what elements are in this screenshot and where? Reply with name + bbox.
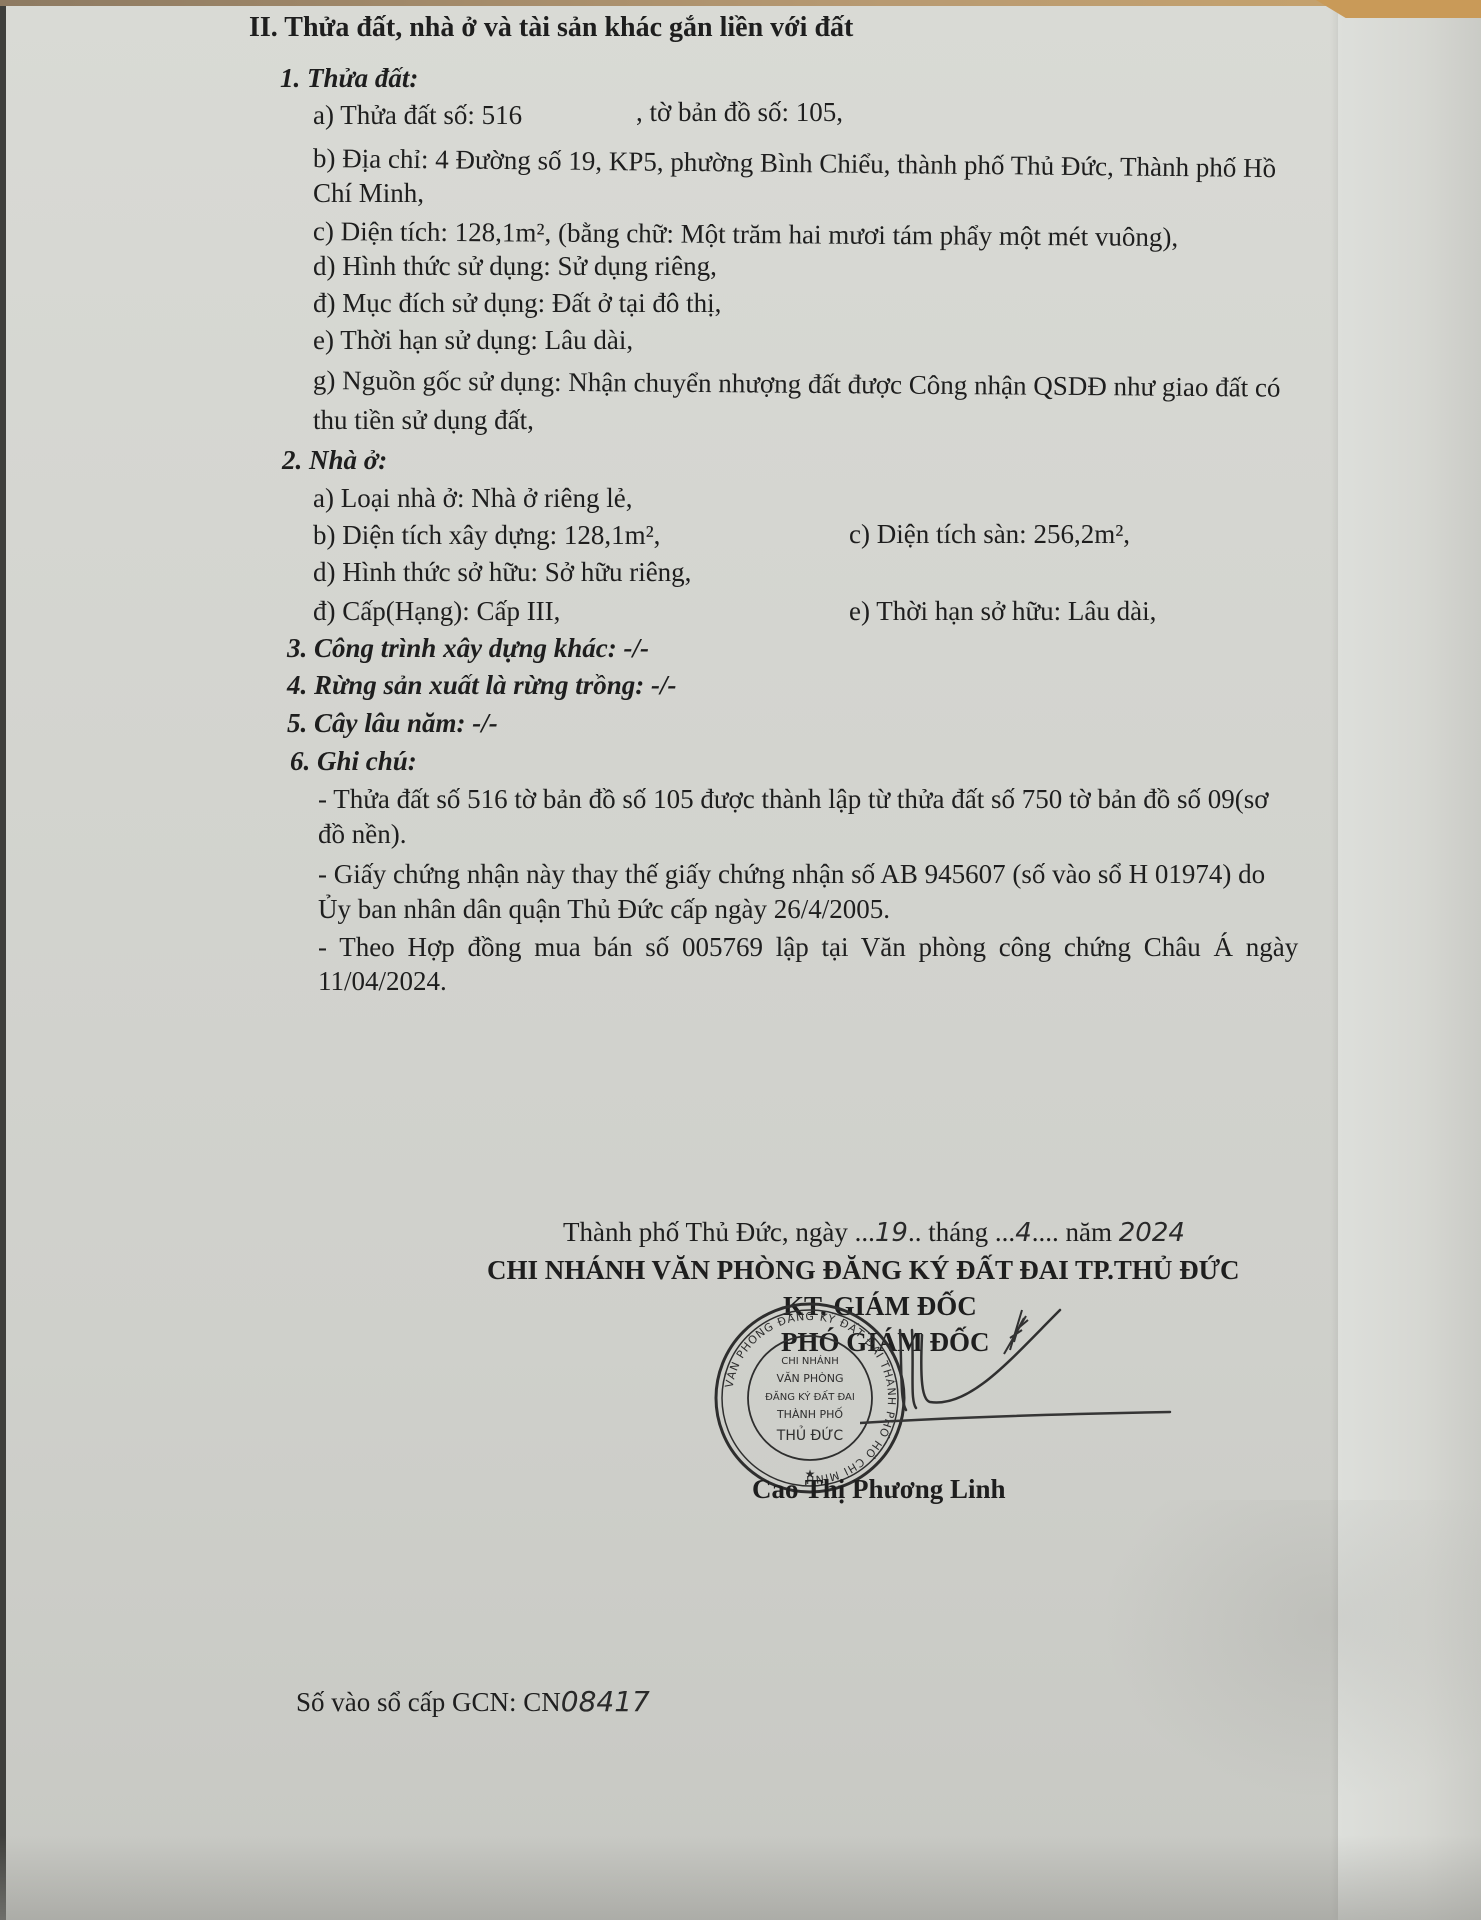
svg-text:THÀNH PHỐ: THÀNH PHỐ [776,1407,843,1421]
land-address-line2: Chí Minh, [313,177,424,209]
signing-day: 19 [875,1218,908,1248]
house-build-area: b) Diện tích xây dựng: 128,1m², [313,519,660,551]
signing-place-prefix: Thành phố Thủ Đức, ngày ... [563,1217,875,1247]
paper-texture [1100,1500,1481,1800]
svg-text:THỦ ĐỨC: THỦ ĐỨC [776,1425,844,1444]
house-type: a) Loại nhà ở: Nhà ở riêng lẻ, [313,482,632,514]
note-2-line1: - Giấy chứng nhận này thay thế giấy chứn… [318,858,1265,890]
registry-number: 08417 [561,1685,650,1718]
signing-month-prefix: .. tháng ... [908,1217,1015,1247]
land-heading: 1. Thửa đất: [280,62,418,94]
note-3-line1: - Theo Hợp đồng mua bán số 005769 lập tạ… [318,931,1298,963]
note-1-line1: - Thửa đất số 516 tờ bản đồ số 105 được … [318,783,1269,815]
initial-mark-icon [1000,1312,1030,1358]
note-2-line2: Ủy ban nhân dân quận Thủ Đức cấp ngày 26… [318,893,890,925]
signing-month: 4 [1015,1218,1032,1248]
house-heading: 2. Nhà ở: [282,444,387,476]
land-parcel-number: a) Thửa đất số: 516 [313,99,522,131]
production-forest: 4. Rừng sản xuất là rừng trồng: -/- [287,669,676,701]
notes-heading: 6. Ghi chú: [290,745,417,777]
page-fold-edge [0,0,1481,6]
land-use-term: e) Thời hạn sử dụng: Lâu dài, [313,324,633,356]
signing-date-line: Thành phố Thủ Đức, ngày ...19.. tháng ..… [563,1216,1185,1249]
house-ownership-form: d) Hình thức sở hữu: Sở hữu riêng, [313,556,691,588]
land-use-form: d) Hình thức sử dụng: Sử dụng riêng, [313,250,717,282]
section-title: II. Thửa đất, nhà ở và tài sản khác gắn … [249,12,853,44]
house-floor-area: c) Diện tích sàn: 256,2m², [849,518,1130,550]
svg-text:CHI NHÁNH: CHI NHÁNH [781,1354,838,1367]
land-origin-line2: thu tiền sử dụng đất, [313,404,534,436]
signing-year-prefix: .... năm [1032,1217,1119,1247]
note-1-line2: đồ nền). [318,818,406,850]
other-construction: 3. Công trình xây dựng khác: -/- [287,632,649,664]
land-use-purpose: đ) Mục đích sử dụng: Đất ở tại đô thị, [313,287,721,319]
svg-text:ĐĂNG KÝ ĐẤT ĐAI: ĐĂNG KÝ ĐẤT ĐAI [765,1389,855,1403]
registry-number-line: Số vào sổ cấp GCN: CN08417 [296,1686,650,1718]
house-grade: đ) Cấp(Hạng): Cấp III, [313,595,560,627]
note-3-line2: 11/04/2024. [318,965,447,997]
land-area: c) Diện tích: 128,1m², (bằng chữ: Một tr… [313,215,1178,253]
registry-label: Số vào sổ cấp GCN: CN [296,1687,561,1717]
svg-text:VĂN PHÒNG: VĂN PHÒNG [776,1372,843,1385]
signer-name: Cao Thị Phương Linh [752,1473,1006,1505]
land-map-sheet: , tờ bản đồ số: 105, [636,96,843,128]
page-bottom-shadow [0,1835,1481,1920]
perennial-trees: 5. Cây lâu năm: -/- [287,707,498,739]
issuing-agency: CHI NHÁNH VĂN PHÒNG ĐĂNG KÝ ĐẤT ĐAI TP.T… [487,1254,1240,1286]
signing-year: 2024 [1119,1218,1185,1248]
house-ownership-term: e) Thời hạn sở hữu: Lâu dài, [849,595,1156,627]
